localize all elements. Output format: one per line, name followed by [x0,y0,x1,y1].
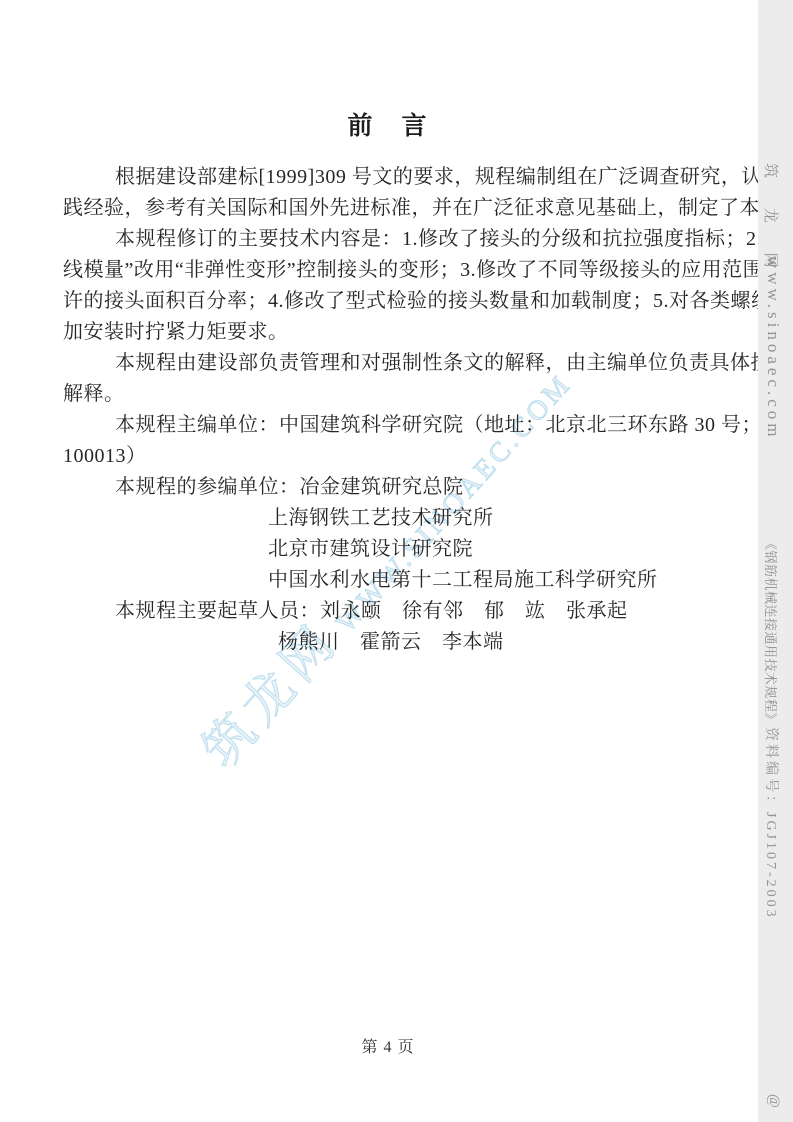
text-line: 上海钢铁工艺技术研究所 [63,503,713,534]
text-line: 本规程由建设部负责管理和对强制性条文的解释，由主编单位负责具体技术内容的 [63,348,713,379]
sidebar-doc-number: 资料编号：JGJ107-2003 [762,727,782,920]
sidebar: 筑 龙 网 www.sinoaec.com 《钢筋机械连接通用技术规程》 资料编… [758,0,793,1122]
text-line: 北京市建筑设计研究院 [63,534,713,565]
sidebar-site-url: www.sinoaec.com [763,256,783,440]
text-line: 100013） [63,441,713,472]
page-number: 第 4 页 [63,1034,713,1057]
sidebar-doc-title: 《钢筋机械连接通用技术规程》 [762,537,781,726]
text-line: 本规程主要起草人员：刘永颐 徐有邻 郁 竑 张承起 [63,596,713,627]
text-line: 许的接头面积百分率；4.修改了型式检验的接头数量和加载制度；5.对各类螺纹接头增 [63,286,713,317]
text-line: 杨熊川 霍箭云 李本端 [63,627,713,658]
document-page: 筑龙网WWW.SINOAEC.COM 前 言 根据建设部建标[1999]309 … [0,0,793,1122]
document-title: 前 言 [63,106,713,142]
at-icon: @ [765,1094,782,1108]
text-line: 本规程的参编单位：冶金建筑研究总院 [63,472,713,503]
text-line: 本规程修订的主要技术内容是：1.修改了接头的分级和抗拉强度指标；2.取消“割 [63,224,713,255]
text-line: 中国水利水电第十二工程局施工科学研究所 [63,565,713,596]
text-line: 践经验，参考有关国际和国外先进标准，并在广泛征求意见基础上，制定了本规程。 [63,193,713,224]
text-line: 加安装时拧紧力矩要求。 [63,317,713,348]
text-line: 本规程主编单位：中国建筑科学研究院（地址：北京北三环东路 30 号；邮政编码： [63,410,713,441]
text-line: 解释。 [63,379,713,410]
text-line: 根据建设部建标[1999]309 号文的要求，规程编制组在广泛调查研究，认真总结… [63,162,713,193]
document-body: 根据建设部建标[1999]309 号文的要求，规程编制组在广泛调查研究，认真总结… [63,162,713,658]
text-line: 线模量”改用“非弹性变形”控制接头的变形；3.修改了不同等级接头的应用范围和允 [63,255,713,286]
